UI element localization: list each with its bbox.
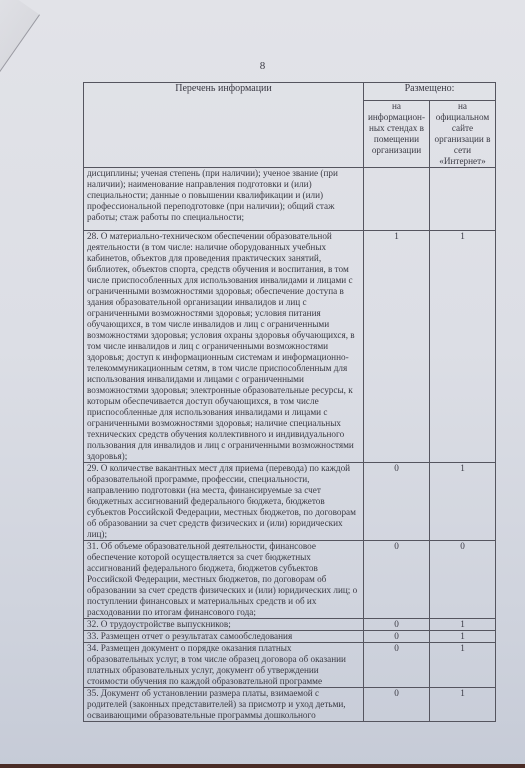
row-description: 33. Размещен отчет о результатах самообс… bbox=[84, 631, 364, 643]
row-description: 35. Документ об установлении размера пла… bbox=[84, 688, 364, 722]
row-website-value: 0 bbox=[430, 541, 496, 619]
row-website-value bbox=[430, 168, 496, 231]
row-website-value: 1 bbox=[430, 643, 496, 688]
table-row: 34. Размещен документ о порядке оказания… bbox=[84, 643, 496, 688]
table-row: дисциплины; ученая степень (при наличии)… bbox=[84, 168, 496, 231]
row-description: 32. О трудоустройстве выпускников; bbox=[84, 619, 364, 631]
row-stands-value: 1 bbox=[364, 231, 430, 463]
table-row: 29. О количестве вакантных мест для прие… bbox=[84, 463, 496, 541]
header-on-website: на официальном сайте организации в сети … bbox=[430, 101, 496, 168]
row-website-value: 1 bbox=[430, 463, 496, 541]
row-website-value: 1 bbox=[430, 688, 496, 722]
row-website-value: 1 bbox=[430, 631, 496, 643]
table-row: 35. Документ об установлении размера пла… bbox=[84, 688, 496, 722]
row-stands-value: 0 bbox=[364, 643, 430, 688]
row-stands-value: 0 bbox=[364, 619, 430, 631]
header-information-list: Перечень информации bbox=[84, 83, 364, 168]
row-stands-value: 0 bbox=[364, 463, 430, 541]
row-website-value: 1 bbox=[430, 619, 496, 631]
table-row: 32. О трудоустройстве выпускников;01 bbox=[84, 619, 496, 631]
row-description: дисциплины; ученая степень (при наличии)… bbox=[84, 168, 364, 231]
row-stands-value: 0 bbox=[364, 631, 430, 643]
information-table: Перечень информации Размещено: на информ… bbox=[83, 82, 496, 722]
desk-surface bbox=[0, 764, 525, 768]
row-stands-value bbox=[364, 168, 430, 231]
row-description: 31. Об объеме образовательной деятельнос… bbox=[84, 541, 364, 619]
table-row: 28. О материально-техническом обеспечени… bbox=[84, 231, 496, 463]
page-number: 8 bbox=[0, 60, 525, 72]
header-on-stands: на информацион-ных стендах в помещении о… bbox=[364, 101, 430, 168]
row-website-value: 1 bbox=[430, 231, 496, 463]
header-placed: Размещено: bbox=[364, 83, 496, 101]
row-description: 28. О материально-техническом обеспечени… bbox=[84, 231, 364, 463]
row-stands-value: 0 bbox=[364, 688, 430, 722]
row-stands-value: 0 bbox=[364, 541, 430, 619]
row-description: 34. Размещен документ о порядке оказания… bbox=[84, 643, 364, 688]
table-row: 31. Об объеме образовательной деятельнос… bbox=[84, 541, 496, 619]
table-row: 33. Размещен отчет о результатах самообс… bbox=[84, 631, 496, 643]
row-description: 29. О количестве вакантных мест для прие… bbox=[84, 463, 364, 541]
